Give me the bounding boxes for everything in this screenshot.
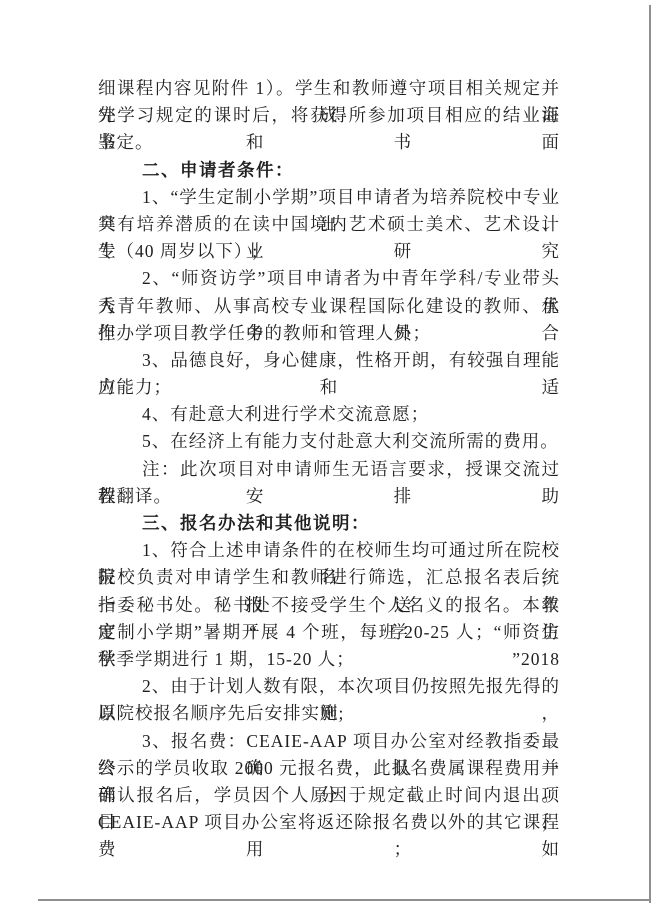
text-line: 细课程内容见附件 1）。学生和教师遵守项目相关规定并完成海 xyxy=(98,75,560,102)
text-line: 注：此次项目对申请师生无语言要求，授课交流过程安排助 xyxy=(98,456,560,483)
text-line: 公示的学员收取 2000 元报名费，此报名费属课程费用一部分。 xyxy=(98,755,560,782)
text-line: 二、申请者条件： xyxy=(98,157,560,184)
document-page: 细课程内容见附件 1）。学生和教师遵守项目相关规定并完成海外学习规定的课时后，将… xyxy=(0,0,658,903)
text-line: 具有培养潜质的在读中国境内艺术硕士美术、艺术设计专业研究 xyxy=(98,211,560,238)
text-line: 3、报名费：CEAIE-AAP 项目办公室对经教指委最终确认并 xyxy=(98,728,560,755)
text-line: 外学习规定的课时后，将获得所参加项目相应的结业证书和书面 xyxy=(98,102,560,129)
text-line: 院校负责对申请学生和教师进行筛选，汇总报名表后统一报送教 xyxy=(98,564,560,591)
text-line: 三、报名办法和其他说明： xyxy=(98,510,560,537)
text-line: 5、在经济上有能力支付赴意大利交流所需的费用。 xyxy=(98,428,560,455)
text-line: 1、“学生定制小学期”项目申请者为培养院校中专业突出、 xyxy=(98,184,560,211)
text-line: 定制小学期”暑期开展 4 个班，每班 20-25 人；“师资访学”2018 xyxy=(98,619,560,646)
text-line: CEAIE-AAP 项目办公室将返还除报名费以外的其它课程费用；如 xyxy=(98,809,560,836)
text-line: 指委秘书处。秘书处不接受学生个人名义的报名。本年度“学生 xyxy=(98,592,560,619)
text-line: 1、符合上述申请条件的在校师生均可通过所在院校报名， xyxy=(98,537,560,564)
text-line: 秀青年教师、从事高校专业课程国际化建设的教师、承担中外合 xyxy=(98,293,560,320)
page-edge-right-line xyxy=(649,5,651,903)
text-line: 4、有赴意大利进行学术交流意愿； xyxy=(98,401,560,428)
text-line: 2、由于计划人数有限，本次项目仍按照先报先得的原则， xyxy=(98,673,560,700)
page-edge-bottom-line xyxy=(38,899,650,901)
text-line: 确认报名后，学员因个人原因于规定截止时间内退出项目， xyxy=(98,782,560,809)
text-line: 2、“师资访学”项目申请者为中青年学科/专业带头人、优 xyxy=(98,265,560,292)
document-text: 细课程内容见附件 1）。学生和教师遵守项目相关规定并完成海外学习规定的课时后，将… xyxy=(98,75,560,836)
text-line: 3、品德良好，身心健康，性格开朗，有较强自理能力和适 xyxy=(98,347,560,374)
